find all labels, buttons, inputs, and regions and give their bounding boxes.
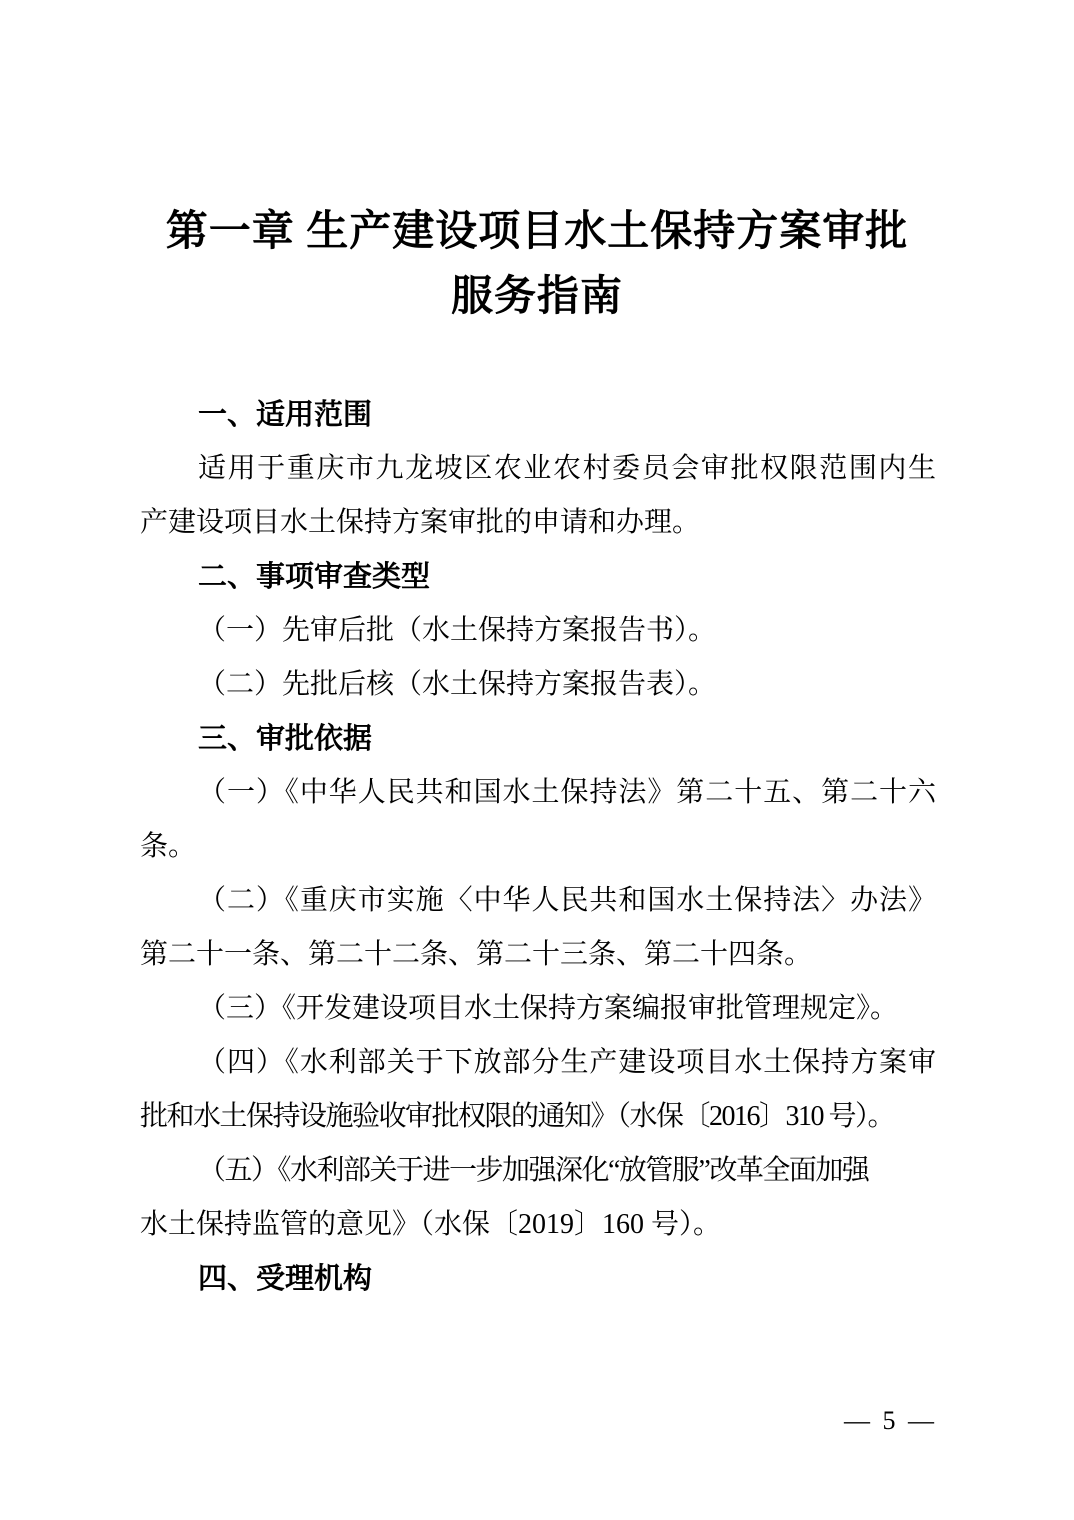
text-line: （二）先批后核（水土保持方案报告表）。 [140,658,936,712]
text-line: （二）《重庆市实施〈中华人民共和国水土保持法〉办法》 [140,874,936,928]
page-number: — 5 — [844,1406,937,1436]
text-line: （五）《水利部关于进一步加强深化“放管服”改革全面加强 [140,1144,936,1198]
chapter-title-line-1: 第一章 生产建设项目水土保持方案审批 [0,200,1074,265]
document-body: 一、适用范围适用于重庆市九龙坡区农业农村委员会审批权限范围内生产建设项目水土保持… [140,388,936,1306]
text-line: （一）先审后批（水土保持方案报告书）。 [140,604,936,658]
text-line: （四）《水利部关于下放部分生产建设项目水土保持方案审 [140,1036,936,1090]
chapter-title-line-2: 服务指南 [0,265,1074,330]
text-line: 产建设项目水土保持方案审批的申请和办理。 [140,496,936,550]
text-line: （三）《开发建设项目水土保持方案编报审批管理规定》。 [140,982,936,1036]
section-heading: 三、审批依据 [140,712,936,766]
text-line: （一）《中华人民共和国水土保持法》第二十五、第二十六 [140,766,936,820]
text-line: 第二十一条、第二十二条、第二十三条、第二十四条。 [140,928,936,982]
section-heading: 二、事项审查类型 [140,550,936,604]
chapter-title: 第一章 生产建设项目水土保持方案审批 服务指南 [0,200,1074,330]
page-number-text: — 5 — [844,1406,937,1435]
document-page: 第一章 生产建设项目水土保持方案审批 服务指南 一、适用范围适用于重庆市九龙坡区… [0,0,1074,1520]
text-line: 适用于重庆市九龙坡区农业农村委员会审批权限范围内生 [140,442,936,496]
text-line: 水土保持监管的意见》（水保〔2019〕160 号）。 [140,1198,936,1252]
section-heading: 一、适用范围 [140,388,936,442]
text-line: 批和水土保持设施验收审批权限的通知》（水保〔2016〕310 号）。 [140,1090,936,1144]
text-line: 条。 [140,820,936,874]
section-heading: 四、受理机构 [140,1252,936,1306]
